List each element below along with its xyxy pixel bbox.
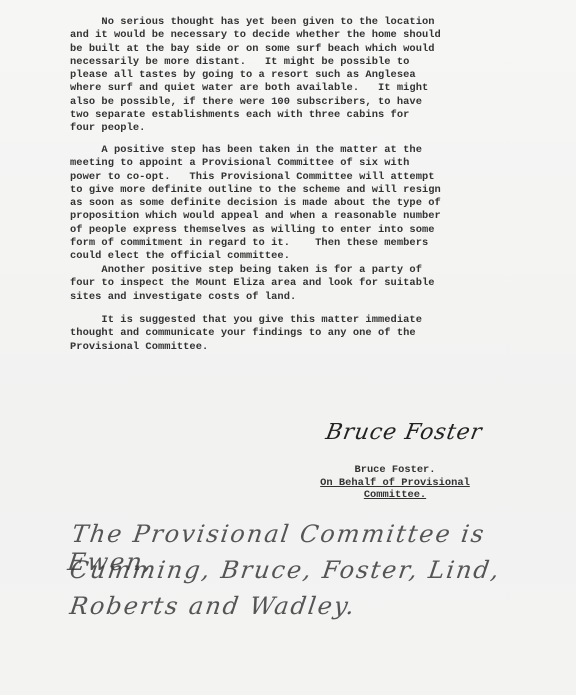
text-line: two separate establishments each with th…: [70, 109, 409, 121]
text-line: where surf and quiet water are both avai…: [70, 82, 428, 94]
handwritten-note-line: Roberts and Wadley.: [68, 592, 572, 620]
text-line: could elect the official committee.: [70, 250, 290, 262]
signer-name: Bruce Foster.: [290, 464, 500, 477]
text-line: as soon as some definite decision is mad…: [70, 197, 441, 209]
text-line: to give more definite outline to the sch…: [70, 184, 441, 196]
text-line: form of commitment in regard to it. Then…: [70, 237, 428, 249]
text-line: be built at the bay side or on some surf…: [70, 43, 435, 55]
text-line: please all tastes by going to a resort s…: [70, 69, 416, 81]
text-line: A positive step has been taken in the ma…: [70, 144, 422, 156]
handwritten-note-line: Cumming, Bruce, Foster, Lind,: [68, 556, 572, 584]
text-line: meeting to appoint a Provisional Committ…: [70, 157, 409, 169]
text-line: thought and communicate your findings to…: [70, 327, 416, 339]
paragraph-provisional-committee: A positive step has been taken in the ma…: [70, 144, 550, 264]
text-line: It is suggested that you give this matte…: [70, 314, 422, 326]
text-line: also be possible, if there were 100 subs…: [70, 96, 422, 108]
text-line: power to co-opt. This Provisional Commit…: [70, 171, 435, 183]
signer-role-line2: Committee.: [290, 489, 500, 502]
document-page: No serious thought has yet been given to…: [0, 0, 576, 695]
text-line: proposition which would appeal and when …: [70, 210, 441, 222]
typed-signature: Bruce Foster. On Behalf of Provisional C…: [290, 464, 500, 502]
text-line: four people.: [70, 122, 145, 134]
paragraph-suggestion: It is suggested that you give this matte…: [70, 314, 550, 354]
text-line: No serious thought has yet been given to…: [70, 16, 435, 28]
text-line: Another positive step being taken is for…: [70, 264, 422, 276]
text-line: sites and investigate costs of land.: [70, 291, 296, 303]
handwritten-signature: Bruce Foster: [324, 420, 485, 445]
paragraph-mount-eliza: Another positive step being taken is for…: [70, 264, 550, 304]
text-line: Provisional Committee.: [70, 341, 208, 353]
text-line: four to inspect the Mount Eliza area and…: [70, 277, 435, 289]
text-line: and it would be necessary to decide whet…: [70, 29, 441, 41]
text-line: of people express themselves as willing …: [70, 224, 435, 236]
paragraph-location: No serious thought has yet been given to…: [70, 16, 550, 136]
signer-role-line1: On Behalf of Provisional: [290, 477, 500, 490]
text-line: necessarily be more distant. It might be…: [70, 56, 409, 68]
